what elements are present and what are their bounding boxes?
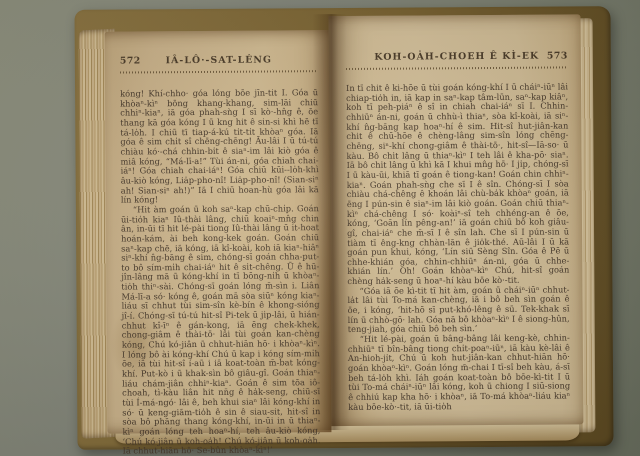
right-header-title: KOH-OA̍H-CHOEH Ê KÌ-EK — [374, 51, 539, 63]
left-running-header: 572 IÂ-LÔ·-SAT-LÉNG — [120, 54, 318, 67]
header-rule — [346, 66, 568, 70]
paragraph: “Góa iā ōe kì-tit tī hit àm, goán ū chái… — [347, 285, 569, 335]
left-page-text: kóng! Khí-chho· góa lóng bōe jīn-tit I. … — [120, 88, 321, 456]
left-page: 572 IÂ-LÔ·-SAT-LÉNG kóng! Khí-chho· góa … — [105, 30, 332, 434]
left-page-number: 572 — [120, 55, 162, 66]
right-page-text: In tī chit ê ki-hōe ū tùi goán kóng-khí … — [346, 82, 570, 412]
paragraph: “Hit àm goán ū koh saⁿ-kap chū-chi̍p. Go… — [121, 204, 321, 456]
book: 572 IÂ-LÔ·-SAT-LÉNG kóng! Khí-chho· góa … — [68, 2, 613, 452]
photo-background: 572 IÂ-LÔ·-SAT-LÉNG kóng! Khí-chho· góa … — [0, 0, 640, 456]
header-rule — [120, 70, 318, 73]
paragraph: “Hit lé-pài, goán ū bâng-bâng lâi keng-k… — [348, 333, 571, 412]
right-running-header: KOH-OA̍H-CHOEH Ê KÌ-EK 573 — [346, 50, 568, 64]
left-header-title: IÂ-LÔ·-SAT-LÉNG — [162, 54, 276, 66]
right-page: KOH-OA̍H-CHOEH Ê KÌ-EK 573 In tī chit ê … — [329, 14, 584, 426]
paragraph: kóng! Khí-chho· góa lóng bōe jīn-tit I. … — [120, 88, 319, 205]
paragraph: In tī chit ê ki-hōe ū tùi goán kóng-khí … — [346, 82, 569, 286]
right-page-number: 573 — [539, 50, 568, 61]
